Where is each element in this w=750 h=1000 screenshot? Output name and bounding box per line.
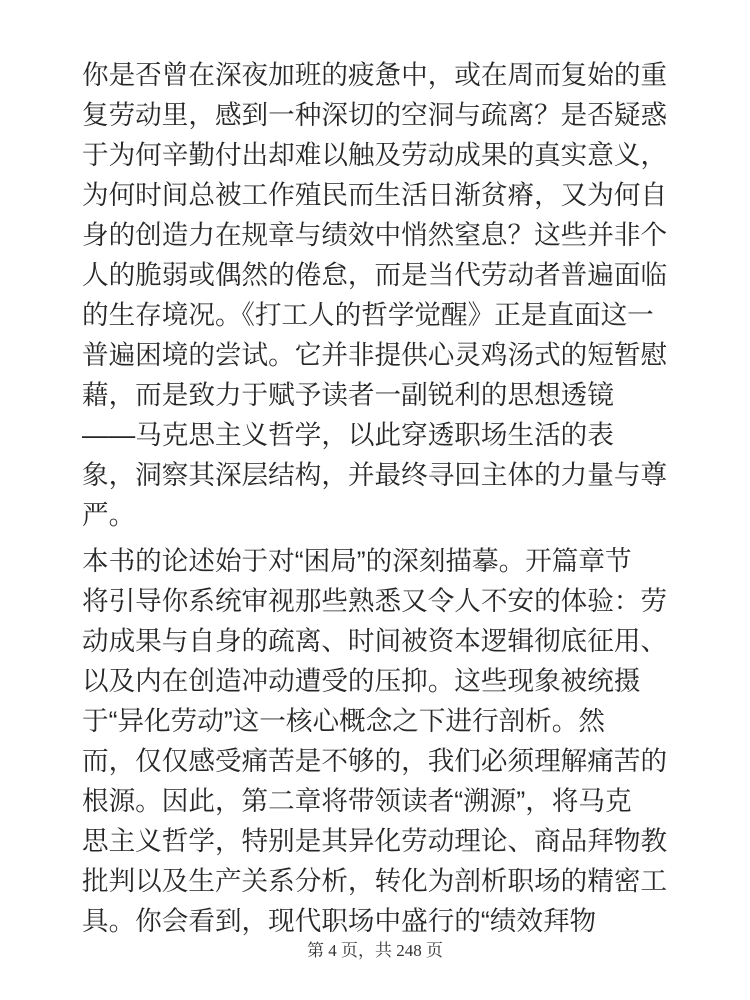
text-line: ——马克思主义哲学，以此穿透职场生活的表: [82, 415, 668, 455]
text-line: 具。你会看到，现代职场中盛行的“绩效拜物: [82, 901, 668, 941]
text-line: 动成果与自身的疏离、时间被资本逻辑彻底征用、: [82, 621, 668, 661]
page-number-indicator: 第 4 页，共 248 页: [0, 938, 750, 964]
text-line: 思主义哲学，特别是其异化劳动理论、商品拜物教: [82, 821, 668, 861]
text-line: 为何时间总被工作殖民而生活日渐贫瘠，又为何自: [82, 175, 668, 215]
text-line: 象，洞察其深层结构，并最终寻回主体的力量与尊: [82, 455, 668, 495]
text-line: 你是否曾在深夜加班的疲惫中，或在周而复始的重: [82, 55, 668, 95]
text-line: 于为何辛勤付出却难以触及劳动成果的真实意义，: [82, 135, 668, 175]
text-line: 藉，而是致力于赋予读者一副锐利的思想透镜: [82, 375, 668, 415]
text-line: 以及内在创造冲动遭受的压抑。这些现象被统摄: [82, 661, 668, 701]
text-line: 将引导你系统审视那些熟悉又令人不安的体验：劳: [82, 581, 668, 621]
text-line: 严。: [82, 495, 668, 535]
paragraph-1: 你是否曾在深夜加班的疲惫中，或在周而复始的重 复劳动里，感到一种深切的空洞与疏离…: [82, 55, 668, 535]
text-line: 批判以及生产关系分析，转化为剖析职场的精密工: [82, 861, 668, 901]
text-line: 复劳动里，感到一种深切的空洞与疏离？是否疑惑: [82, 95, 668, 135]
text-line: 身的创造力在规章与绩效中悄然窒息？这些并非个: [82, 215, 668, 255]
text-line: 的生存境况。《打工人的哲学觉醒》正是直面这一: [82, 295, 668, 335]
text-line: 普遍困境的尝试。它并非提供心灵鸡汤式的短暂慰: [82, 335, 668, 375]
paragraph-2: 本书的论述始于对“困局”的深刻描摹。开篇章节 将引导你系统审视那些熟悉又令人不安…: [82, 541, 668, 941]
text-line: 根源。因此，第二章将带领读者“溯源”，将马克: [82, 781, 668, 821]
text-line: 而，仅仅感受痛苦是不够的，我们必须理解痛苦的: [82, 741, 668, 781]
text-line: 本书的论述始于对“困局”的深刻描摹。开篇章节: [82, 541, 668, 581]
text-line: 人的脆弱或偶然的倦怠，而是当代劳动者普遍面临: [82, 255, 668, 295]
text-line: 于“异化劳动”这一核心概念之下进行剖析。然: [82, 701, 668, 741]
page-body-text: 你是否曾在深夜加班的疲惫中，或在周而复始的重 复劳动里，感到一种深切的空洞与疏离…: [82, 55, 668, 941]
document-page: 你是否曾在深夜加班的疲惫中，或在周而复始的重 复劳动里，感到一种深切的空洞与疏离…: [0, 0, 750, 1000]
